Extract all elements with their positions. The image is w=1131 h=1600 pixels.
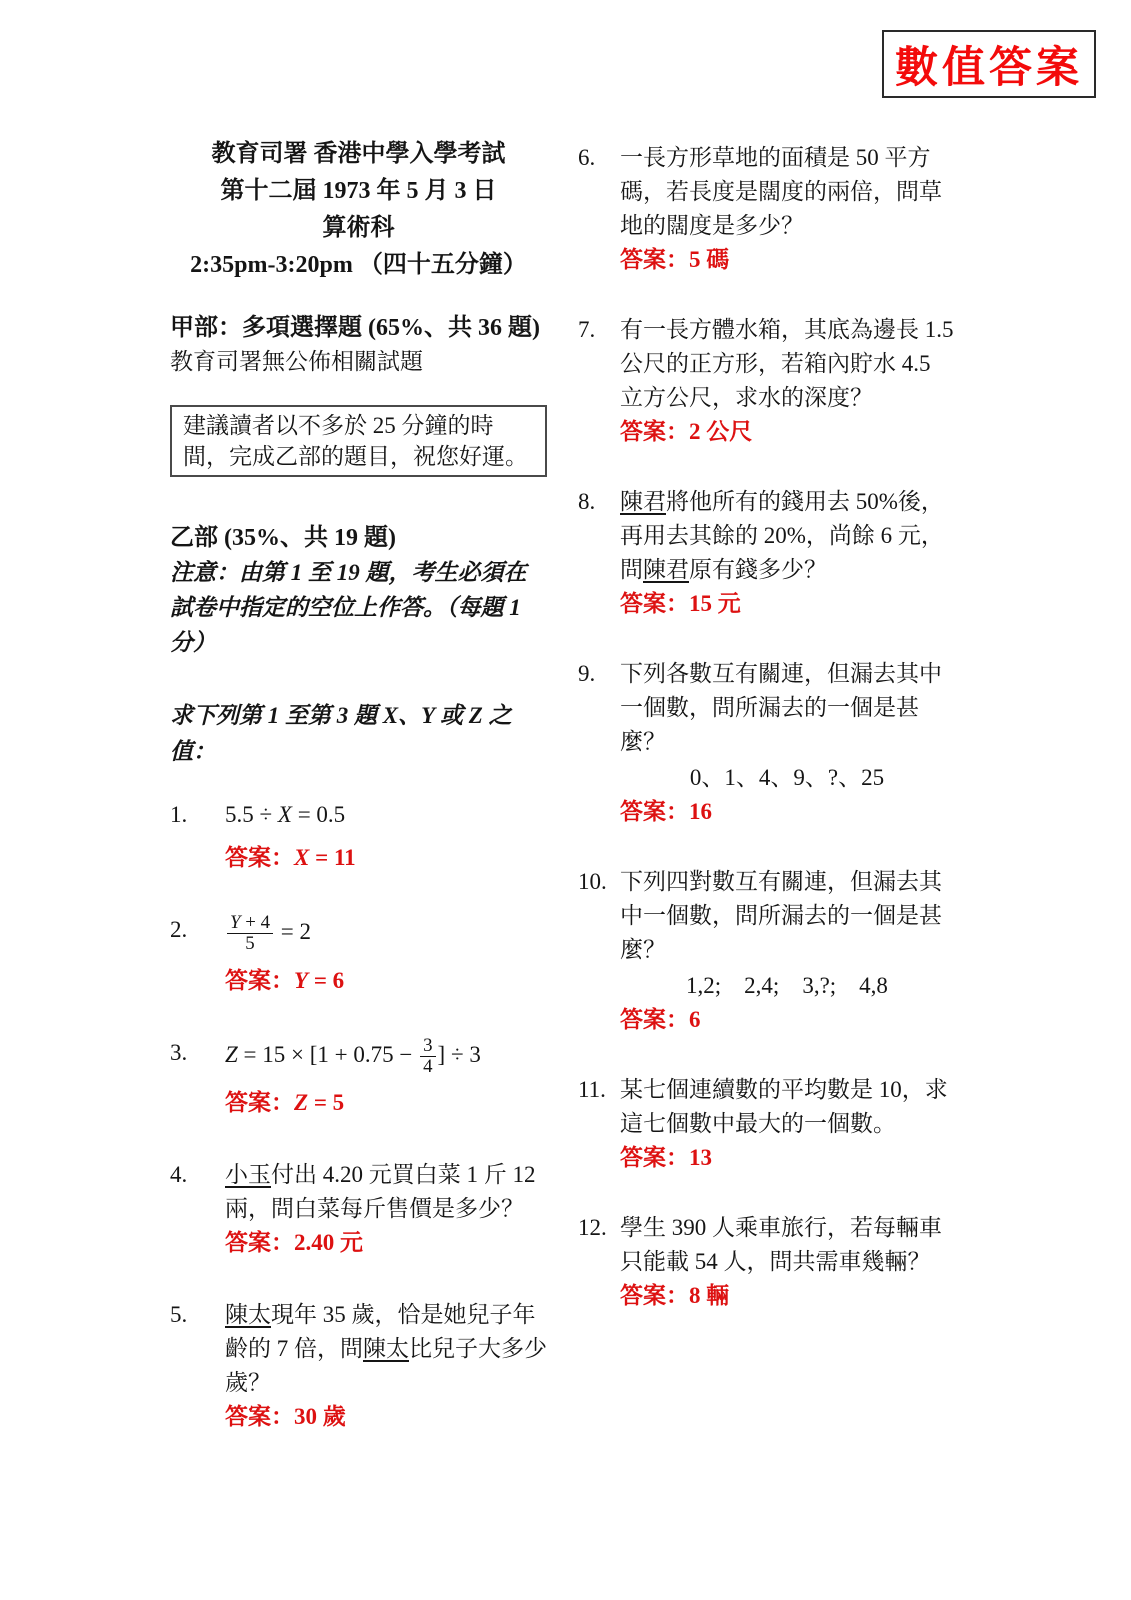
text-segment: = 0.5 — [292, 802, 345, 827]
question-number: 12. — [578, 1211, 620, 1245]
text-segment: 有一長方體水箱，其底為邊長 1.5 公尺的正方形，若箱內貯水 4.5 立方公尺，… — [620, 317, 954, 410]
text-segment: 答案：13 — [620, 1145, 712, 1170]
answer-text: 答案：15 元 — [620, 587, 954, 621]
text-segment: 原有錢多少？ — [689, 557, 827, 582]
question-number: 5. — [170, 1298, 225, 1332]
answer-text: 答案：Z = 5 — [225, 1086, 547, 1120]
text-segment: = 6 — [308, 968, 344, 993]
question-item: 3.Z = 15 × [1 + 0.75 − 34] ÷ 3答案：Z = 5 — [170, 1036, 547, 1121]
exam-answer-sheet-page: 數值答案 教育司署 香港中學入學考試 第十二屆 1973 年 5 月 3 日 算… — [0, 0, 1131, 1600]
section-b-notice: 注意：由第 1 至 19 題，考生必須在 試卷中指定的空位上作答。（每題 1 分… — [170, 555, 547, 660]
fraction-numerator: 3 — [420, 1036, 435, 1057]
question-item: 7.有一長方體水箱，其底為邊長 1.5 公尺的正方形，若箱內貯水 4.5 立方公… — [578, 313, 980, 449]
text-segment: 一長方形草地的面積是 50 平方碼，若長度是闊度的兩倍，問草地的闊度是多少？ — [620, 145, 942, 238]
text-segment: 某七個連續數的平均數是 10，求這七個數中最大的一個數。 — [620, 1077, 948, 1136]
question-item: 2.Y + 45 = 2答案：Y = 6 — [170, 913, 547, 998]
answer-text: 答案：6 — [620, 1003, 954, 1037]
text-segment: 5 — [245, 933, 254, 954]
exam-title-block: 教育司署 香港中學入學考試 第十二屆 1973 年 5 月 3 日 算術科 2:… — [170, 136, 547, 284]
text-segment: + 4 — [241, 912, 271, 933]
sequence-line: 0、1、4、9、?、25 — [620, 761, 954, 795]
question-number: 6. — [578, 141, 620, 175]
question-text: 有一長方體水箱，其底為邊長 1.5 公尺的正方形，若箱內貯水 4.5 立方公尺，… — [620, 313, 954, 415]
question-main: 5.5 ÷ X = 0.5答案：X = 11 — [225, 798, 547, 875]
text-segment: 學生 390 人乘車旅行，若每輛車只能載 54 人，問共需車幾輛？ — [620, 1215, 942, 1274]
text-segment: 付出 4.20 元買白菜 1 斤 12 兩，問白菜每斤售價是多少？ — [225, 1162, 536, 1221]
section-b-heading: 乙部 (35%、共 19 題) — [170, 521, 547, 555]
question-text: 下列四對數互有關連，但漏去其中一個數，問所漏去的一個是甚麼？ — [620, 865, 954, 967]
exam-time-duration: 2:35pm-3:20pm （四十五分鐘） — [170, 247, 547, 284]
exam-session-date: 第十二屆 1973 年 5 月 3 日 — [170, 173, 547, 210]
question-main: 陳君將他所有的錢用去 50%後，再用去其餘的 20%，尚餘 6 元，問陳君原有錢… — [620, 485, 954, 621]
text-segment: X — [278, 802, 292, 827]
text-segment: X — [294, 845, 309, 870]
question-number: 10. — [578, 865, 620, 899]
right-column: 6.一長方形草地的面積是 50 平方碼，若長度是闊度的兩倍，問草地的闊度是多少？… — [578, 136, 980, 1349]
text-segment: Y — [294, 968, 308, 993]
question-number: 2. — [170, 913, 225, 947]
answer-text: 答案：Y = 6 — [225, 964, 547, 998]
question-item: 9.下列各數互有關連，但漏去其中一個數，問所漏去的一個是甚麼？0、1、4、9、?… — [578, 657, 980, 829]
underlined-name: 小玉 — [225, 1162, 271, 1187]
answer-text: 答案：16 — [620, 795, 954, 829]
fraction-numerator: Y + 4 — [227, 913, 273, 934]
question-item: 4.小玉付出 4.20 元買白菜 1 斤 12 兩，問白菜每斤售價是多少？答案：… — [170, 1158, 547, 1260]
answer-text: 答案：30 歲 — [225, 1400, 547, 1434]
question-text: 陳君將他所有的錢用去 50%後，再用去其餘的 20%，尚餘 6 元，問陳君原有錢… — [620, 485, 954, 587]
question-text: Y + 45 = 2 — [225, 913, 547, 955]
section-a-note: 教育司署無公佈相關試題 — [170, 345, 547, 379]
section-b-instruction: 求下列第 1 至第 3 題 X、Y 或 Z 之 值： — [170, 698, 547, 770]
question-main: 一長方形草地的面積是 50 平方碼，若長度是闊度的兩倍，問草地的闊度是多少？答案… — [620, 141, 954, 277]
suggestion-box: 建議讀者以不多於 25 分鐘的時 間，完成乙部的題目，祝您好運。 — [170, 405, 547, 477]
text-segment: 答案：5 碼 — [620, 247, 729, 272]
questions-list-left: 1.5.5 ÷ X = 0.5答案：X = 112.Y + 45 = 2答案：Y… — [170, 798, 547, 1434]
question-main: 下列各數互有關連，但漏去其中一個數，問所漏去的一個是甚麼？0、1、4、9、?、2… — [620, 657, 954, 829]
sequence-line: 1,2; 2,4; 3,?; 4,8 — [620, 969, 954, 1003]
left-column: 教育司署 香港中學入學考試 第十二屆 1973 年 5 月 3 日 算術科 2:… — [170, 136, 547, 1472]
text-segment: = 5 — [308, 1090, 344, 1115]
suggestion-text: 建議讀者以不多於 25 分鐘的時 間，完成乙部的題目，祝您好運。 — [183, 413, 528, 469]
answer-text: 答案：5 碼 — [620, 243, 954, 277]
question-main: 有一長方體水箱，其底為邊長 1.5 公尺的正方形，若箱內貯水 4.5 立方公尺，… — [620, 313, 954, 449]
numeric-answers-banner: 數值答案 — [882, 30, 1096, 98]
answer-text: 答案：2 公尺 — [620, 415, 954, 449]
section-a-heading: 甲部：多項選擇題 (65%、共 36 題) — [170, 311, 547, 345]
question-item: 8.陳君將他所有的錢用去 50%後，再用去其餘的 20%，尚餘 6 元，問陳君原… — [578, 485, 980, 621]
question-number: 1. — [170, 798, 225, 832]
question-main: 下列四對數互有關連，但漏去其中一個數，問所漏去的一個是甚麼？1,2; 2,4; … — [620, 865, 954, 1037]
fraction: 34 — [420, 1036, 435, 1078]
question-main: 某七個連續數的平均數是 10，求這七個數中最大的一個數。答案：13 — [620, 1073, 954, 1175]
question-number: 8. — [578, 485, 620, 519]
question-item: 6.一長方形草地的面積是 50 平方碼，若長度是闊度的兩倍，問草地的闊度是多少？… — [578, 141, 980, 277]
answer-text: 答案：13 — [620, 1141, 954, 1175]
text-segment: 答案： — [225, 845, 294, 870]
question-main: 學生 390 人乘車旅行，若每輛車只能載 54 人，問共需車幾輛？答案：8 輛 — [620, 1211, 954, 1313]
text-segment: = 2 — [275, 919, 311, 944]
question-text: 5.5 ÷ X = 0.5 — [225, 798, 547, 832]
text-segment: 下列各數互有關連，但漏去其中一個數，問所漏去的一個是甚麼？ — [620, 661, 942, 754]
text-segment: 答案：30 歲 — [225, 1404, 346, 1429]
question-main: 陳太現年 35 歲，恰是她兒子年齡的 7 倍，問陳太比兒子大多少歲？答案：30 … — [225, 1298, 547, 1434]
text-segment: 答案：15 元 — [620, 591, 741, 616]
question-main: 小玉付出 4.20 元買白菜 1 斤 12 兩，問白菜每斤售價是多少？答案：2.… — [225, 1158, 547, 1260]
question-text: 某七個連續數的平均數是 10，求這七個數中最大的一個數。 — [620, 1073, 954, 1141]
answer-text: 答案：8 輛 — [620, 1279, 954, 1313]
answer-text: 答案：X = 11 — [225, 841, 547, 875]
question-main: Z = 15 × [1 + 0.75 − 34] ÷ 3答案：Z = 5 — [225, 1036, 547, 1121]
question-item: 12.學生 390 人乘車旅行，若每輛車只能載 54 人，問共需車幾輛？答案：8… — [578, 1211, 980, 1313]
question-number: 3. — [170, 1036, 225, 1070]
text-segment: 答案： — [225, 1090, 294, 1115]
text-segment: 4 — [423, 1056, 432, 1077]
text-segment: 答案：16 — [620, 799, 712, 824]
answer-text: 答案：2.40 元 — [225, 1226, 547, 1260]
text-segment: = 15 × [1 + 0.75 − — [238, 1042, 418, 1067]
question-main: Y + 45 = 2答案：Y = 6 — [225, 913, 547, 998]
text-segment: 答案：2.40 元 — [225, 1230, 363, 1255]
text-segment: 答案： — [225, 968, 294, 993]
fraction-denominator: 5 — [227, 934, 273, 954]
text-segment: 5.5 ÷ — [225, 802, 278, 827]
text-segment: 下列四對數互有關連，但漏去其中一個數，問所漏去的一個是甚麼？ — [620, 869, 942, 962]
questions-list-right: 6.一長方形草地的面積是 50 平方碼，若長度是闊度的兩倍，問草地的闊度是多少？… — [578, 141, 980, 1313]
fraction: Y + 45 — [227, 913, 273, 955]
underlined-name: 陳太 — [363, 1336, 409, 1361]
underlined-name: 陳太 — [225, 1302, 271, 1327]
text-segment: 答案：2 公尺 — [620, 419, 752, 444]
fraction-denominator: 4 — [420, 1057, 435, 1077]
question-number: 11. — [578, 1073, 620, 1107]
question-text: 陳太現年 35 歲，恰是她兒子年齡的 7 倍，問陳太比兒子大多少歲？ — [225, 1298, 547, 1400]
question-text: 學生 390 人乘車旅行，若每輛車只能載 54 人，問共需車幾輛？ — [620, 1211, 954, 1279]
text-segment: Z — [225, 1042, 238, 1067]
question-item: 5.陳太現年 35 歲，恰是她兒子年齡的 7 倍，問陳太比兒子大多少歲？答案：3… — [170, 1298, 547, 1434]
underlined-name: 陳君 — [643, 557, 689, 582]
exam-subject: 算術科 — [170, 210, 547, 247]
question-item: 10.下列四對數互有關連，但漏去其中一個數，問所漏去的一個是甚麼？1,2; 2,… — [578, 865, 980, 1037]
question-text: 小玉付出 4.20 元買白菜 1 斤 12 兩，問白菜每斤售價是多少？ — [225, 1158, 547, 1226]
numeric-answers-banner-label: 數值答案 — [895, 34, 1083, 95]
text-segment: 答案：6 — [620, 1007, 701, 1032]
question-text: Z = 15 × [1 + 0.75 − 34] ÷ 3 — [225, 1036, 547, 1078]
text-segment: 3 — [423, 1035, 432, 1056]
text-segment: Z — [294, 1090, 308, 1115]
text-segment: 答案：8 輛 — [620, 1283, 729, 1308]
text-segment: Y — [230, 912, 241, 933]
question-item: 1.5.5 ÷ X = 0.5答案：X = 11 — [170, 798, 547, 875]
exam-authority-title: 教育司署 香港中學入學考試 — [170, 136, 547, 173]
question-number: 7. — [578, 313, 620, 347]
question-text: 一長方形草地的面積是 50 平方碼，若長度是闊度的兩倍，問草地的闊度是多少？ — [620, 141, 954, 243]
question-number: 9. — [578, 657, 620, 691]
underlined-name: 陳君 — [620, 489, 666, 514]
text-segment: = 11 — [309, 845, 355, 870]
text-segment: ] ÷ 3 — [438, 1042, 481, 1067]
question-text: 下列各數互有關連，但漏去其中一個數，問所漏去的一個是甚麼？ — [620, 657, 954, 759]
question-item: 11.某七個連續數的平均數是 10，求這七個數中最大的一個數。答案：13 — [578, 1073, 980, 1175]
question-number: 4. — [170, 1158, 225, 1192]
